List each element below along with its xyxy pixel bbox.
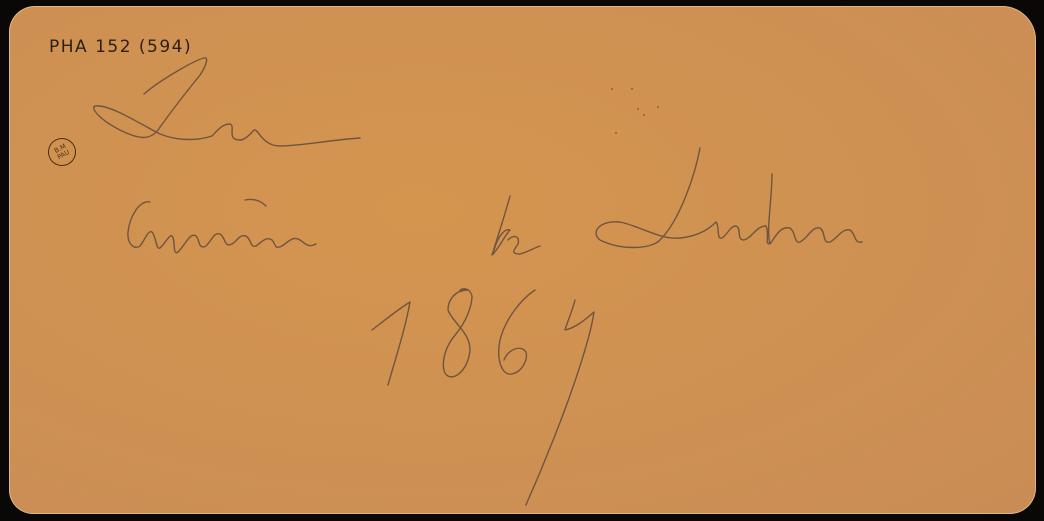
card-verso: PHA 152 (594) B.M PAU Lac Cirvrin de Luc… <box>9 6 1036 514</box>
paper-specks <box>609 84 669 124</box>
handwriting-strokes <box>9 6 1036 514</box>
